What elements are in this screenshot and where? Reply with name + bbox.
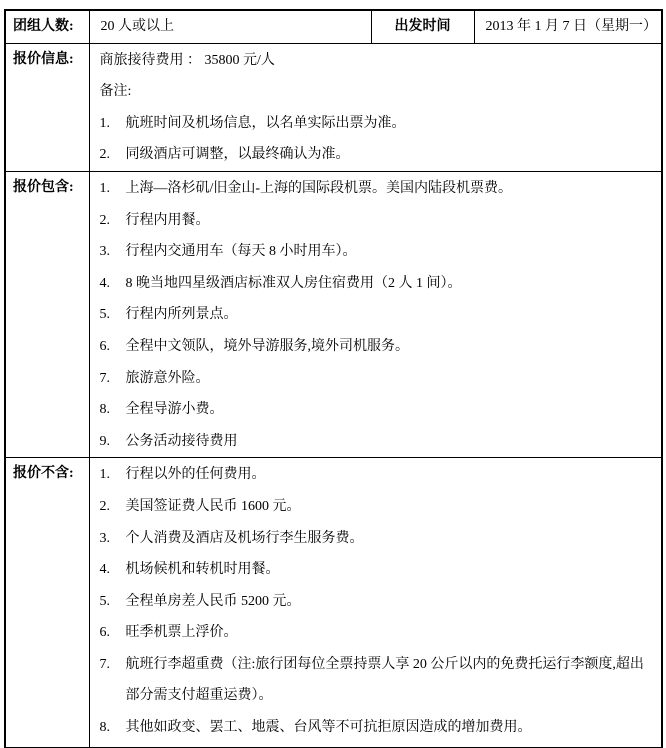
price-line: 商旅接待费用 ： 35800 元/人 <box>100 45 656 77</box>
group-size-label: 团组人数: <box>5 10 89 43</box>
departure-time-label: 出发时间 <box>371 10 474 43</box>
quote-excludes-label: 报价不含: <box>5 458 89 748</box>
item-number: 2. <box>100 491 126 523</box>
item-text: 全程单房差人民币 5200 元。 <box>126 586 656 618</box>
item-number: 6. <box>100 331 126 363</box>
list-item: 2. 同级酒店可调整，以最终确认为准。 <box>100 139 656 171</box>
item-text: 个人消费及酒店及机场行李生服务费。 <box>126 523 656 555</box>
notes-list: 1. 航班时间及机场信息，以名单实际出票为准。 2. 同级酒店可调整，以最终确认… <box>100 108 656 171</box>
item-number: 1. <box>100 108 126 140</box>
list-item: 7. 旅游意外险。 <box>100 363 656 395</box>
list-item: 2. 美国签证费人民币 1600 元。 <box>100 491 656 523</box>
item-number: 7. <box>100 649 126 681</box>
table-row: 报价不含: 1. 行程以外的任何费用。 2. 美国签证费人民币 1600 元。 <box>5 458 662 748</box>
table-row: 团组人数: 20 人或以上 出发时间 2013 年 1 月 7 日（星期一） <box>5 10 662 43</box>
item-text: 8 晚当地四星级酒店标准双人房住宿费用（2 人 1 间）。 <box>126 268 656 300</box>
list-item: 9. 公务活动接待费用 <box>100 426 656 458</box>
item-number: 1. <box>100 459 126 491</box>
item-number: 2. <box>100 139 126 171</box>
item-number: 8. <box>100 712 126 744</box>
item-text: 机场候机和转机时用餐。 <box>126 554 656 586</box>
item-number: 1. <box>100 173 126 205</box>
item-text: 行程内用餐。 <box>126 205 656 237</box>
item-text: 公务活动接待费用 <box>126 426 656 458</box>
list-item: 5. 全程单房差人民币 5200 元。 <box>100 586 656 618</box>
item-number: 4. <box>100 268 126 300</box>
list-item: 1. 航班时间及机场信息，以名单实际出票为准。 <box>100 108 656 140</box>
item-number: 6. <box>100 617 126 649</box>
list-item: 6. 旺季机票上浮价。 <box>100 617 656 649</box>
quote-info-content: 商旅接待费用 ： 35800 元/人 备注: 1. 航班时间及机场信息，以名单实… <box>89 43 662 171</box>
quote-excludes-content: 1. 行程以外的任何费用。 2. 美国签证费人民币 1600 元。 3. 个人消… <box>89 458 662 748</box>
item-number: 7. <box>100 363 126 395</box>
item-text: 行程内交通用车（每天 8 小时用车）。 <box>126 236 656 268</box>
list-item: 4. 机场候机和转机时用餐。 <box>100 554 656 586</box>
item-text: 旅游意外险。 <box>126 363 656 395</box>
item-text: 航班行李超重费（注:旅行团每位全票持票人享 20 公斤以内的免费托运行李额度,超… <box>126 649 656 712</box>
quote-includes-label: 报价包含: <box>5 171 89 457</box>
list-item: 6. 全程中文领队，境外导游服务,境外司机服务。 <box>100 331 656 363</box>
item-text: 同级酒店可调整，以最终确认为准。 <box>126 139 656 171</box>
list-item: 3. 个人消费及酒店及机场行李生服务费。 <box>100 523 656 555</box>
table-row: 报价信息: 商旅接待费用 ： 35800 元/人 备注: 1. 航班时间及机场信… <box>5 43 662 171</box>
item-number: 4. <box>100 554 126 586</box>
list-item: 8. 其他如政变、罢工、地震、台风等不可抗拒原因造成的增加费用。 <box>100 712 656 744</box>
notes-title: 备注: <box>100 76 656 108</box>
item-number: 8. <box>100 394 126 426</box>
item-text: 全程导游小费。 <box>126 394 656 426</box>
table-row: 报价包含: 1. 上海—洛杉矶/旧金山-上海的国际段机票。美国内陆段机票费。 2… <box>5 171 662 457</box>
item-text: 美国签证费人民币 1600 元。 <box>126 491 656 523</box>
item-number: 2. <box>100 205 126 237</box>
item-number: 5. <box>100 299 126 331</box>
excludes-list: 1. 行程以外的任何费用。 2. 美国签证费人民币 1600 元。 3. 个人消… <box>100 459 656 743</box>
item-number: 5. <box>100 586 126 618</box>
item-text: 行程以外的任何费用。 <box>126 459 656 491</box>
list-item: 8. 全程导游小费。 <box>100 394 656 426</box>
item-text: 行程内所列景点。 <box>126 299 656 331</box>
list-item: 2. 行程内用餐。 <box>100 205 656 237</box>
item-number: 3. <box>100 523 126 555</box>
item-text: 全程中文领队，境外导游服务,境外司机服务。 <box>126 331 656 363</box>
item-number: 9. <box>100 426 126 458</box>
list-item: 1. 上海—洛杉矶/旧金山-上海的国际段机票。美国内陆段机票费。 <box>100 173 656 205</box>
list-item: 4. 8 晚当地四星级酒店标准双人房住宿费用（2 人 1 间）。 <box>100 268 656 300</box>
list-item: 7. 航班行李超重费（注:旅行团每位全票持票人享 20 公斤以内的免费托运行李额… <box>100 649 656 712</box>
quote-info-label: 报价信息: <box>5 43 89 171</box>
list-item: 3. 行程内交通用车（每天 8 小时用车）。 <box>100 236 656 268</box>
item-text: 上海—洛杉矶/旧金山-上海的国际段机票。美国内陆段机票费。 <box>126 173 656 205</box>
item-text: 航班时间及机场信息，以名单实际出票为准。 <box>126 108 656 140</box>
list-item: 1. 行程以外的任何费用。 <box>100 459 656 491</box>
item-text: 旺季机票上浮价。 <box>126 617 656 649</box>
departure-time-value: 2013 年 1 月 7 日（星期一） <box>474 10 662 43</box>
item-text: 其他如政变、罢工、地震、台风等不可抗拒原因造成的增加费用。 <box>126 712 656 744</box>
includes-list: 1. 上海—洛杉矶/旧金山-上海的国际段机票。美国内陆段机票费。 2. 行程内用… <box>100 173 656 457</box>
item-number: 3. <box>100 236 126 268</box>
group-size-value: 20 人或以上 <box>89 10 371 43</box>
list-item: 5. 行程内所列景点。 <box>100 299 656 331</box>
travel-quote-table: 团组人数: 20 人或以上 出发时间 2013 年 1 月 7 日（星期一） 报… <box>4 9 663 748</box>
quote-includes-content: 1. 上海—洛杉矶/旧金山-上海的国际段机票。美国内陆段机票费。 2. 行程内用… <box>89 171 662 457</box>
